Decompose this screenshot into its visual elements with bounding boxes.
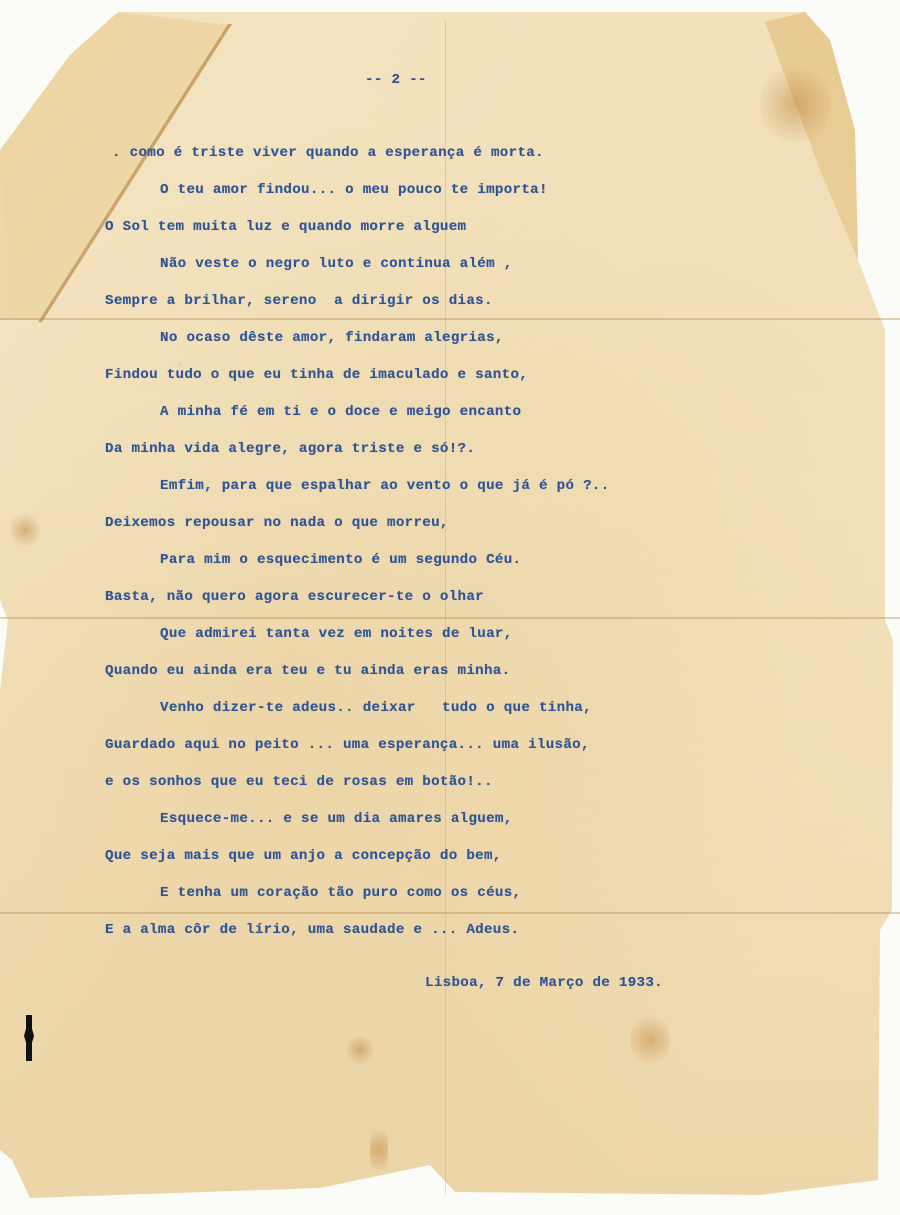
poem-line: Não veste o negro luto e continua além , — [160, 256, 513, 272]
poem-line: A minha fé em ti e o doce e meigo encant… — [160, 404, 521, 420]
poem-line: Findou tudo o que eu tinha de imaculado … — [105, 367, 528, 383]
poem-line: e os sonhos que eu teci de rosas em botã… — [105, 774, 493, 790]
poem-line: O teu amor findou... o meu pouco te impo… — [160, 182, 548, 198]
poem-line: Venho dizer-te adeus.. deixar tudo o que… — [160, 700, 592, 716]
poem-line: Quando eu ainda era teu e tu ainda eras … — [105, 663, 510, 679]
page-number: -- 2 -- — [365, 72, 427, 88]
poem-line: Basta, não quero agora escurecer-te o ol… — [105, 589, 484, 605]
poem-line: Da minha vida alegre, agora triste e só!… — [105, 441, 475, 457]
place-date-signature: Lisboa, 7 de Março de 1933. — [425, 975, 663, 991]
poem-line: Guardado aqui no peito ... uma esperança… — [105, 737, 590, 753]
poem-line: Deixemos repousar no nada o que morreu, — [105, 515, 449, 531]
poem-line: Que seja mais que um anjo a concepção do… — [105, 848, 502, 864]
poem-line: E a alma côr de lírio, uma saudade e ...… — [105, 922, 519, 938]
poem-line: . como é triste viver quando a esperança… — [112, 145, 544, 161]
poem-line: Esquece-me... e se um dia amares alguem, — [160, 811, 513, 827]
poem-line: Emfim, para que espalhar ao vento o que … — [160, 478, 610, 494]
poem-line: O Sol tem muita luz e quando morre algue… — [105, 219, 466, 235]
poem-line: Para mim o esquecimento é um segundo Céu… — [160, 552, 521, 568]
poem-line: Que admirei tanta vez em noites de luar, — [160, 626, 513, 642]
typewritten-document: -- 2 -- . como é triste viver quando a e… — [0, 0, 900, 1215]
poem-line: E tenha um coração tão puro como os céus… — [160, 885, 521, 901]
poem-line: No ocaso dêste amor, findaram alegrias, — [160, 330, 504, 346]
poem-line: Sempre a brilhar, sereno a dirigir os di… — [105, 293, 493, 309]
